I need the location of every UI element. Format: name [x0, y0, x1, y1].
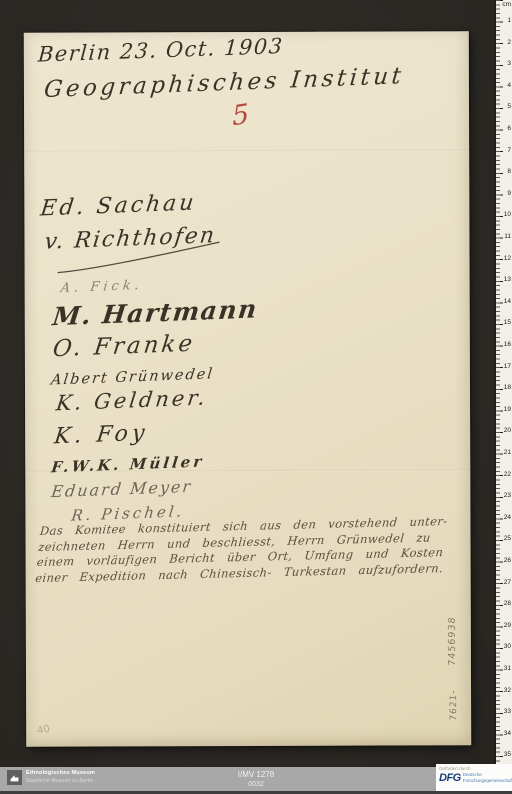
ruler-label: 6 [507, 126, 511, 133]
ruler-label: 21 [504, 450, 511, 457]
funder-box: Gefördert durch DFG Deutsche Forschungsg… [436, 764, 512, 791]
pencil-inventory-number: 7456938 [447, 587, 458, 666]
signature-flourish [49, 232, 229, 278]
ruler-label: 26 [504, 558, 511, 565]
ruler-label: 24 [504, 515, 511, 522]
date-line: Berlin 23. Oct. 1903 [37, 36, 284, 66]
ruler-label: 14 [504, 299, 511, 306]
ruler-label: 31 [504, 666, 511, 673]
cm-ruler: cm12345678910111213141516171819202122232… [496, 0, 512, 770]
ruler-label: 20 [504, 428, 511, 435]
signature-mueller: F.W.K. Müller [50, 454, 205, 475]
ruler-label: 1 [507, 18, 511, 25]
ruler-label: 18 [504, 385, 511, 392]
signature-meyer: Eduard Meyer [50, 479, 193, 500]
resolution-paragraph: Das Komitee konstituiert sich aus den vo… [35, 514, 449, 586]
signature-foy: K. Foy [53, 423, 150, 449]
signature-geldner: K. Geldner. [55, 387, 209, 414]
ruler-label: 5 [507, 104, 511, 111]
ruler-label: cm [502, 2, 511, 9]
ruler-label: 25 [504, 536, 511, 543]
ruler-label: 4 [507, 83, 511, 90]
footer-bar: Ethnologisches Museum Staatliche Museen … [0, 767, 512, 794]
ruler-label: 8 [507, 169, 511, 176]
ruler-label: 10 [504, 212, 511, 219]
ruler-label: 17 [504, 364, 511, 371]
ruler-label: 22 [504, 472, 511, 479]
pencil-corner-mark: 40 [36, 724, 50, 737]
institution-line: Geographisches Institut [43, 65, 406, 102]
ruler-label: 3 [507, 61, 511, 68]
ruler-label: 29 [504, 623, 511, 630]
signature-sachau: Ed. Sachau [39, 192, 198, 220]
ruler-label: 12 [504, 256, 511, 263]
red-page-number: 5 [231, 101, 249, 131]
scan-viewer: Berlin 23. Oct. 1903 Geographisches Inst… [0, 0, 512, 794]
signature-gruenwedel: Albert Grünwedel [50, 367, 215, 388]
dfg-name-line2: Forschungsgemeinschaft [463, 778, 512, 784]
ruler-label: 16 [504, 342, 511, 349]
ruler-label: 2 [507, 40, 511, 47]
ruler-label: 15 [504, 320, 511, 327]
ruler-label: 13 [504, 277, 511, 284]
ruler-label: 7 [507, 148, 511, 155]
signature-franke: O. Franke [52, 333, 197, 362]
ruler-label: 34 [504, 731, 511, 738]
ruler-label: 28 [504, 601, 511, 608]
ruler-label: 19 [504, 407, 511, 414]
manuscript-page: Berlin 23. Oct. 1903 Geographisches Inst… [24, 31, 471, 747]
ruler-label: 27 [504, 580, 511, 587]
ruler-label: 33 [504, 709, 511, 716]
funder-prefix: Gefördert durch [439, 766, 509, 771]
ruler-label: 32 [504, 688, 511, 695]
signature-fick: A. Fick. [60, 279, 144, 295]
ruler-label: 9 [507, 191, 511, 198]
paper-crease [24, 149, 469, 153]
dfg-logo: DFG [439, 773, 461, 784]
ruler-label: 30 [504, 644, 511, 651]
pencil-secondary-number: 7621- [449, 680, 459, 721]
ruler-label: 23 [504, 493, 511, 500]
ruler-label: 11 [504, 234, 511, 241]
signature-hartmann: M. Hartmann [51, 296, 259, 329]
ruler-label: 35 [504, 752, 511, 759]
